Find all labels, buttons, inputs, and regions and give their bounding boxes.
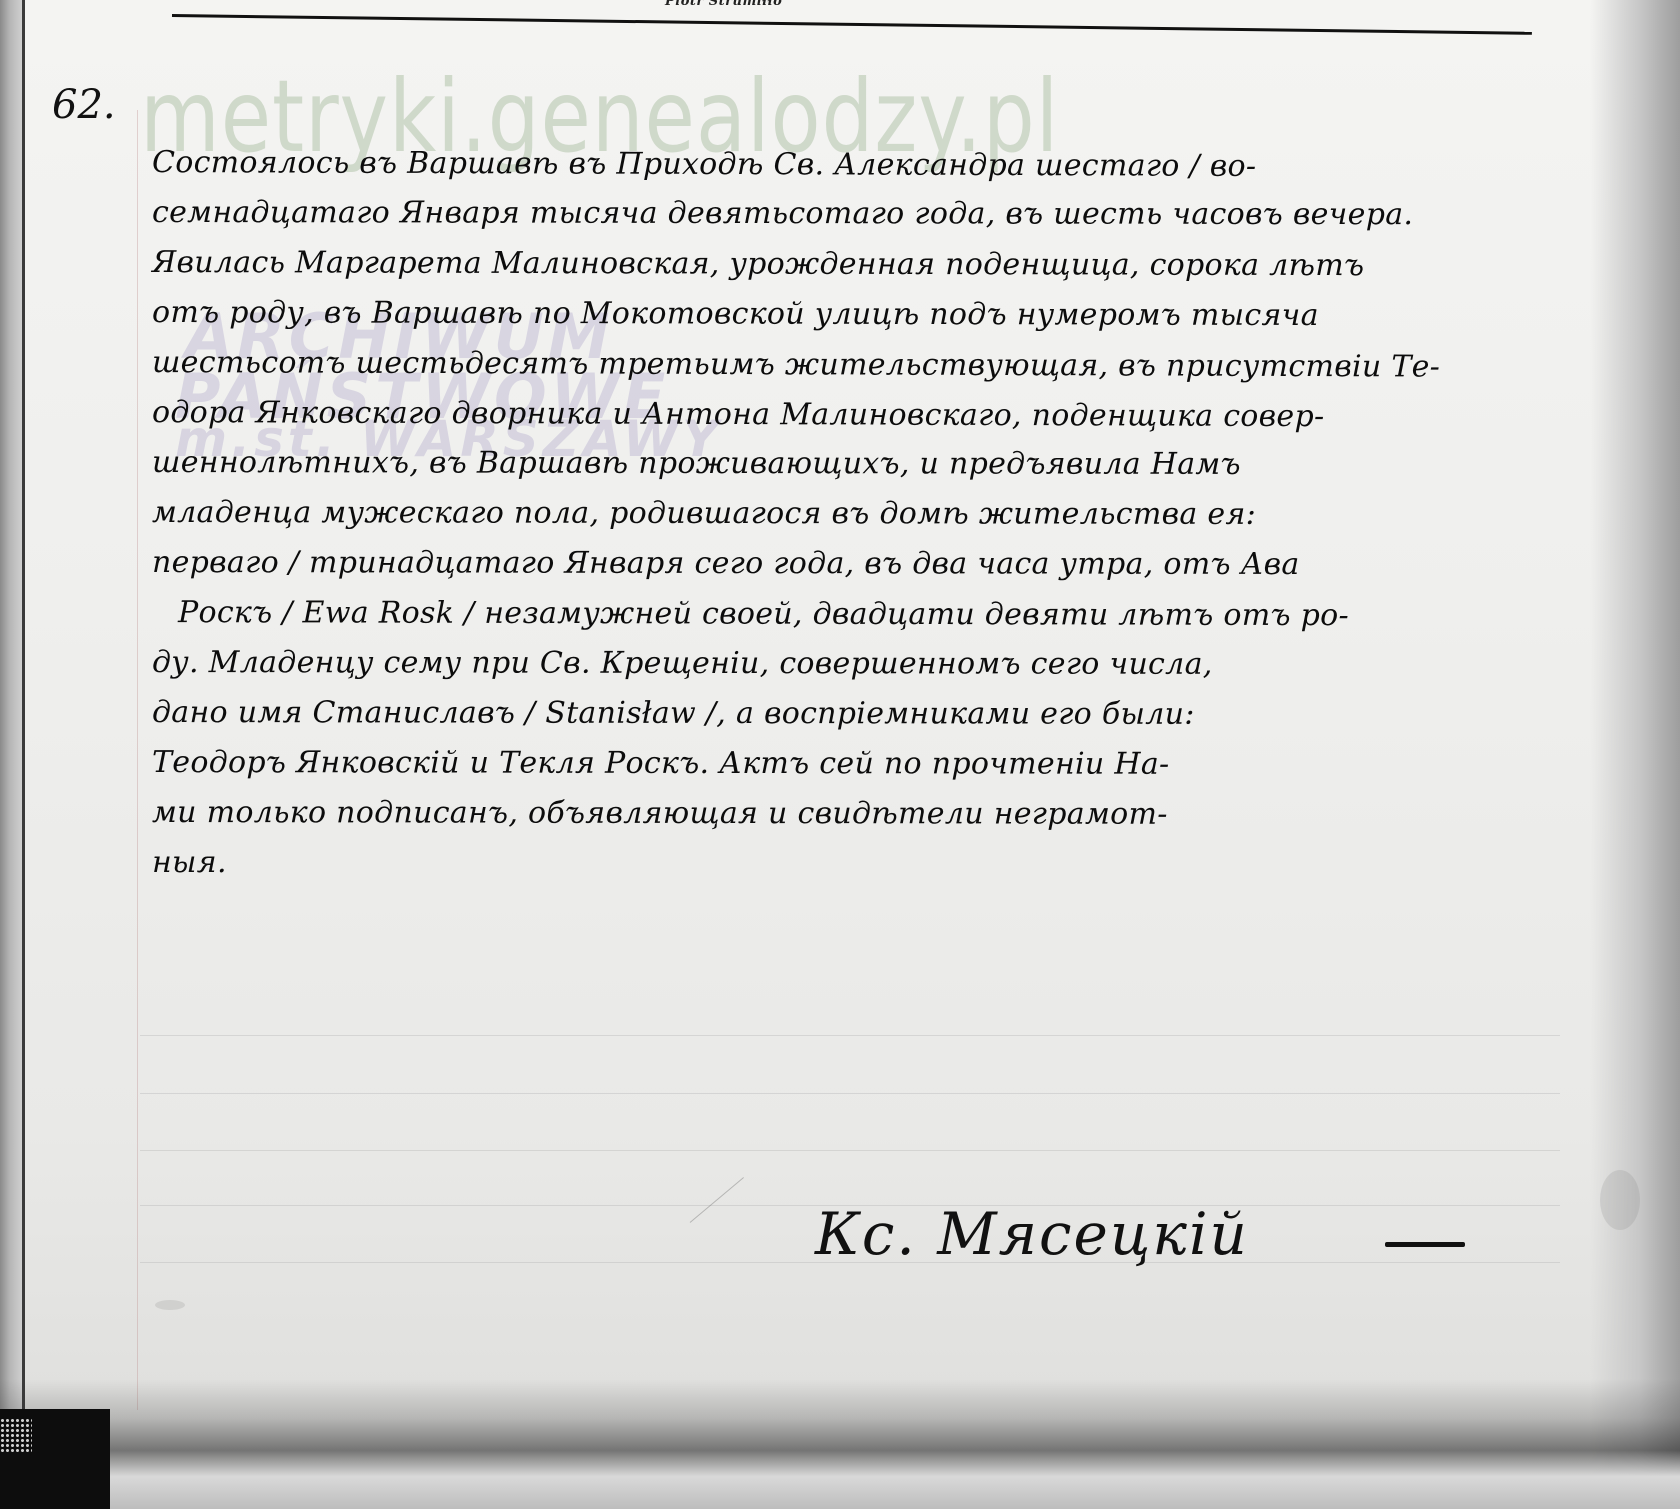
priest-signature: Кс. Мясецкій xyxy=(815,1200,1249,1268)
text-line: перваго / тринадцатаго Января сего года,… xyxy=(152,538,1552,590)
ruled-line xyxy=(140,1150,1560,1151)
text-line: дано имя Станиславъ / Stanisław /, а вос… xyxy=(152,688,1552,740)
entry-number: 62. xyxy=(52,82,116,128)
margin-rule xyxy=(137,110,138,1410)
binding-line xyxy=(22,0,25,1420)
ruled-line xyxy=(140,1093,1560,1094)
binding-left-edge xyxy=(0,0,24,1420)
paper-stain xyxy=(155,1300,185,1310)
text-line: ду. Младенцу сему при Св. Крещеніи, сове… xyxy=(152,638,1552,690)
paper-stain xyxy=(1600,1170,1640,1230)
text-line: ми только подписанъ, объявляющая и свидѣ… xyxy=(152,788,1552,840)
entry-body: Состоялось въ Варшавѣ въ Приходѣ Св. Але… xyxy=(152,138,1552,888)
text-line: шестьсотъ шестьдесятъ третьимъ жительств… xyxy=(152,338,1552,393)
text-line: Явилась Маргарета Малиновская, урожденна… xyxy=(152,238,1552,292)
paper-crease xyxy=(690,1177,744,1223)
ruled-line xyxy=(140,1035,1560,1036)
signature-flourish xyxy=(1385,1242,1465,1247)
text-line: младенца мужескаго пола, родившагося въ … xyxy=(152,488,1552,540)
header-rule xyxy=(172,14,1532,35)
text-line: Роскъ / Ewa Rosk / незамужней своей, два… xyxy=(152,588,1552,642)
text-line: Состоялось въ Варшавѣ въ Приходѣ Св. Але… xyxy=(152,138,1552,193)
text-line: отъ роду, въ Варшавѣ по Мокотовской улиц… xyxy=(152,288,1552,342)
scanned-register-page: Piotr Strumiłło metryki.genealodzy.pl AR… xyxy=(0,0,1680,1509)
text-line: семнадцатаго Января тысяча девятьсотаго … xyxy=(152,188,1552,240)
bottom-binding-shadow xyxy=(0,1379,1680,1509)
text-line: Теодоръ Янковскій и Текля Роскъ. Актъ се… xyxy=(152,738,1552,790)
text-line: шеннолѣтнихъ, въ Варшавѣ проживающихъ, и… xyxy=(152,438,1552,490)
header-caption: Piotr Strumiłło xyxy=(665,0,782,9)
scanner-corner-pattern xyxy=(0,1418,32,1454)
text-line: ныя. xyxy=(152,838,1552,888)
text-line: одора Янковскаго дворника и Антона Малин… xyxy=(152,388,1552,443)
page-right-edge-shadow xyxy=(1590,0,1680,1509)
